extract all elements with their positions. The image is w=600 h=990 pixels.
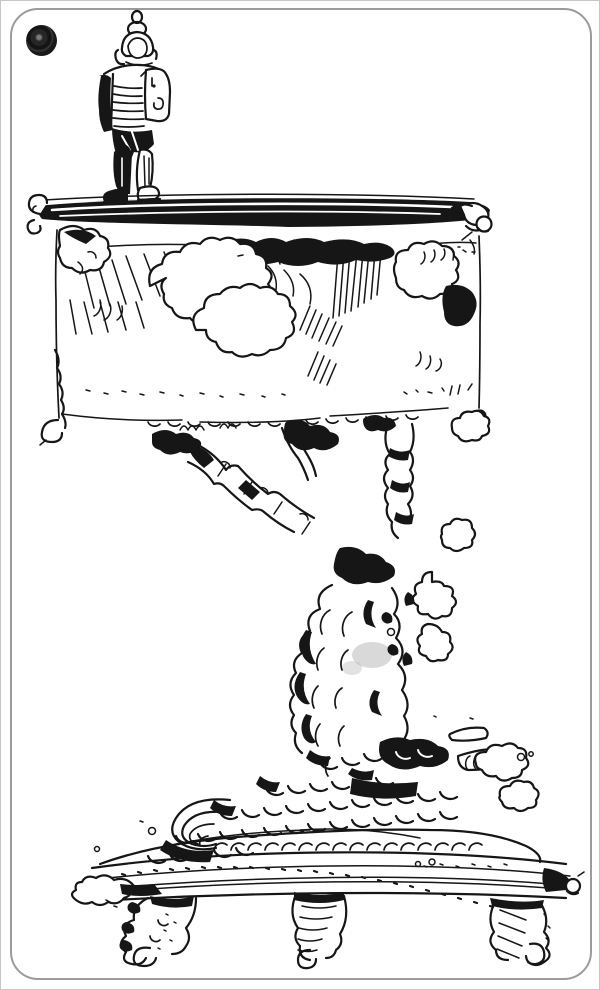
ottoman-base [72,829,584,968]
branch-supports [188,411,489,585]
cabriole-leg-middle [292,892,346,968]
cabriole-leg-left [120,896,197,966]
apron-panel [40,226,486,455]
soldier-figure [84,11,176,209]
screenshot-canvas [0,0,600,990]
ink-drawing [0,0,600,990]
cabriole-leg-right [490,898,550,965]
